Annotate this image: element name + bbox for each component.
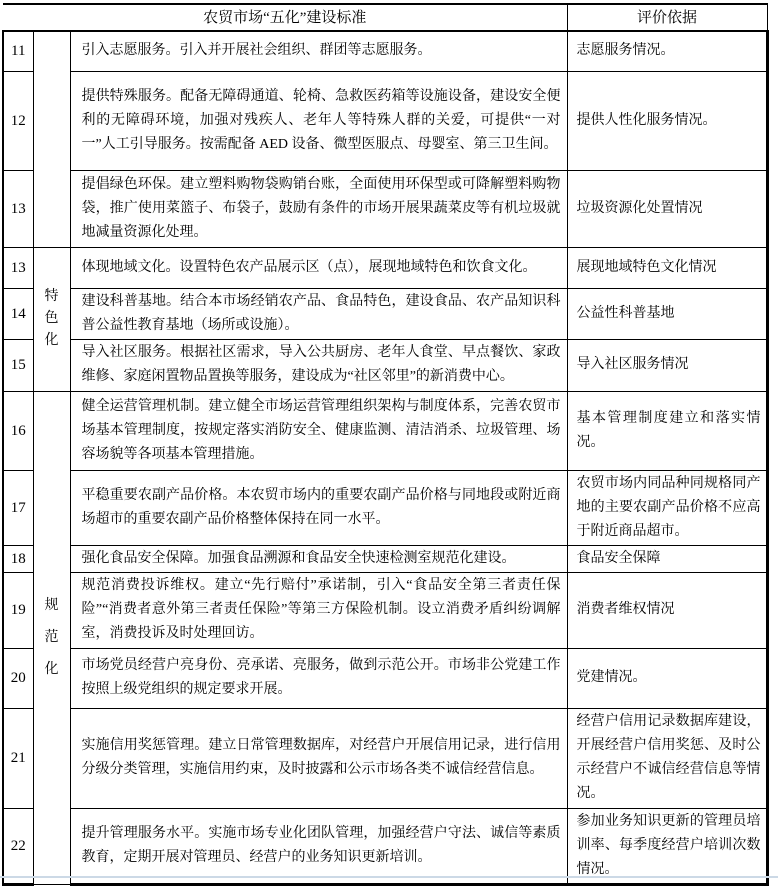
- standard-text: 市场党员经营户亮身份、亮承诺、亮服务，做到示范公开。市场非公党建工作按照上级党组…: [70, 648, 567, 708]
- evaluation-text: 农贸市场内同品种同规格同产地的主要农副产品价格不应高于附近商品超市。: [567, 470, 767, 545]
- table-row: 16 规范化 健全运营管理机制。建立健全市场运营管理组织架构与制度体系，完善农贸…: [3, 391, 767, 470]
- row-number: 21: [3, 708, 33, 808]
- table-row: 17 平稳重要农副产品价格。本农贸市场内的重要农副产品价格与同地段或附近商场超市…: [3, 470, 767, 545]
- row-number: 13: [3, 247, 33, 288]
- evaluation-text: 提供人性化服务情况。: [567, 71, 767, 170]
- table-row: 14 建设科普基地。结合本市场经销农产品、食品特色，建设食品、农产品知识科普公益…: [3, 288, 767, 339]
- evaluation-text: 经营户信用记录数据库建设，开展经营户信用奖惩、及时公示经营户不诚信经营信息等情况…: [567, 708, 767, 808]
- evaluation-text: 基本管理制度建立和落实情况。: [567, 391, 767, 470]
- evaluation-text: 展现地域特色文化情况: [567, 247, 767, 288]
- group-cell-empty: [33, 31, 70, 247]
- table-row: 12 提供特殊服务。配备无障碍通道、轮椅、急救医药箱等设施设备，建设安全便利的无…: [3, 71, 767, 170]
- row-number: 22: [3, 808, 33, 884]
- screenshot-edge-artifact: [0, 876, 778, 878]
- standard-text: 健全运营管理机制。建立健全市场运营管理组织架构与制度体系，完善农贸市场基本管理制…: [70, 391, 567, 470]
- table-row: 15 导入社区服务。根据社区需求，导入公共厨房、老年人食堂、早点餐饮、家政维修、…: [3, 339, 767, 391]
- row-number: 12: [3, 71, 33, 170]
- group-cell-guifanhua: 规范化: [33, 391, 70, 884]
- row-number: 15: [3, 339, 33, 391]
- standards-header: 农贸市场“五化”建设标准: [3, 4, 567, 31]
- standard-text: 建设科普基地。结合本市场经销农产品、食品特色，建设食品、农产品知识科普公益性教育…: [70, 288, 567, 339]
- row-number: 20: [3, 648, 33, 708]
- standard-text: 规范消费投诉维权。建立“先行赔付”承诺制，引入“食品安全第三者责任保险”“消费者…: [70, 572, 567, 648]
- evaluation-text: 垃圾资源化处置情况: [567, 170, 767, 247]
- row-number: 17: [3, 470, 33, 545]
- evaluation-text: 公益性科普基地: [567, 288, 767, 339]
- row-number: 16: [3, 391, 33, 470]
- evaluation-text: 导入社区服务情况: [567, 339, 767, 391]
- evaluation-text: 党建情况。: [567, 648, 767, 708]
- evaluation-text: 参加业务知识更新的管理员培训率、每季度经营户培训次数情况。: [567, 808, 767, 884]
- table-row: 18 强化食品安全保障。加强食品溯源和食品安全快速检测室规范化建设。 食品安全保…: [3, 545, 767, 572]
- standards-table: 农贸市场“五化”建设标准 评价依据 11 引入志愿服务。引入并开展社会组织、群团…: [2, 3, 769, 886]
- evaluation-text: 消费者维权情况: [567, 572, 767, 648]
- standard-text: 提供特殊服务。配备无障碍通道、轮椅、急救医药箱等设施设备，建设安全便利的无障碍环…: [70, 71, 567, 170]
- row-number: 14: [3, 288, 33, 339]
- evaluation-text: 志愿服务情况。: [567, 31, 767, 71]
- row-number: 19: [3, 572, 33, 648]
- table-row: 13 提倡绿色环保。建立塑料购物袋购销台账，全面使用环保型或可降解塑料购物袋，推…: [3, 170, 767, 247]
- standard-text: 导入社区服务。根据社区需求，导入公共厨房、老年人食堂、早点餐饮、家政维修、家庭闲…: [70, 339, 567, 391]
- table-row: 22 提升管理服务水平。实施市场专业化团队管理，加强经营户守法、诚信等素质教育，…: [3, 808, 767, 884]
- group-label: 规范化: [44, 590, 59, 686]
- standard-text: 体现地域文化。设置特色农产品展示区（点），展现地域特色和饮食文化。: [70, 247, 567, 288]
- row-number: 13: [3, 170, 33, 247]
- table-row: 13 特色化 体现地域文化。设置特色农产品展示区（点），展现地域特色和饮食文化。…: [3, 247, 767, 288]
- row-number: 18: [3, 545, 33, 572]
- group-label: 特色化: [44, 286, 59, 352]
- standard-text: 实施信用奖惩管理。建立日常管理数据库，对经营户开展信用记录，进行信用分级分类管理…: [70, 708, 567, 808]
- standard-text: 引入志愿服务。引入并开展社会组织、群团等志愿服务。: [70, 31, 567, 71]
- row-number: 11: [3, 31, 33, 71]
- table-row: 21 实施信用奖惩管理。建立日常管理数据库，对经营户开展信用记录，进行信用分级分…: [3, 708, 767, 808]
- standard-text: 平稳重要农副产品价格。本农贸市场内的重要农副产品价格与同地段或附近商场超市的重要…: [70, 470, 567, 545]
- group-cell-tesehua: 特色化: [33, 247, 70, 391]
- table-row: 11 引入志愿服务。引入并开展社会组织、群团等志愿服务。 志愿服务情况。: [3, 31, 767, 71]
- evaluation-text: 食品安全保障: [567, 545, 767, 572]
- table-row: 19 规范消费投诉维权。建立“先行赔付”承诺制，引入“食品安全第三者责任保险”“…: [3, 572, 767, 648]
- standard-text: 强化食品安全保障。加强食品溯源和食品安全快速检测室规范化建设。: [70, 545, 567, 572]
- standard-text: 提升管理服务水平。实施市场专业化团队管理，加强经营户守法、诚信等素质教育，定期开…: [70, 808, 567, 884]
- standard-text: 提倡绿色环保。建立塑料购物袋购销台账，全面使用环保型或可降解塑料购物袋，推广使用…: [70, 170, 567, 247]
- header-row: 农贸市场“五化”建设标准 评价依据: [3, 4, 767, 31]
- evaluation-header: 评价依据: [567, 4, 767, 31]
- table-row: 20 市场党员经营户亮身份、亮承诺、亮服务，做到示范公开。市场非公党建工作按照上…: [3, 648, 767, 708]
